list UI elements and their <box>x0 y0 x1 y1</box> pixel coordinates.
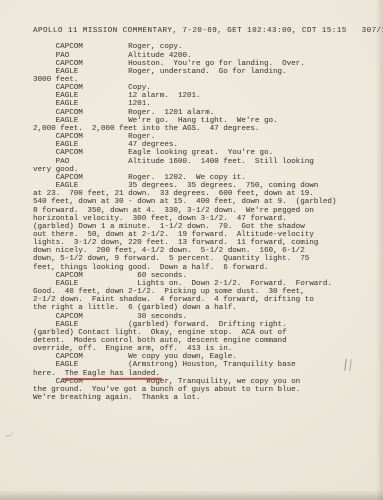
transcript-line: CAPCOM 60 seconds. <box>33 272 383 280</box>
transcript-line: 2-1/2 down. Faint shadow. 4 forward. 4 f… <box>33 296 383 304</box>
transcript-line: lights. 3-1/2 down, 220 feet. 13 forward… <box>33 239 383 247</box>
transcript-line: (garbled) Contact light. Okay, engine st… <box>33 329 383 337</box>
page-title: APOLLO 11 MISSION COMMENTARY, 7-20-69, G… <box>33 27 383 35</box>
transcript-line-text: at 23. 700 feet, 21 down. 33 degrees. 60… <box>33 190 314 198</box>
transcript-line: down, 5-1/2 down, 9 forward. 5 percent. … <box>33 255 383 263</box>
transcript-line: EAGLE 1201. <box>33 100 383 108</box>
transcript-line: EAGLE (garbled) forward. Drifting right. <box>33 321 383 329</box>
transcript-line: EAGLE 12 alarm. 1201. <box>33 92 383 100</box>
transcript-line-text: CAPCOM 30 seconds. <box>33 313 187 321</box>
transcript-line: the ground. You've got a bunch of guys a… <box>33 386 383 394</box>
transcript-line-text: down nicely. 200 feet, 4-1/2 down. 5-1/2… <box>33 247 305 255</box>
transcript-line: We're breathing again. Thanks a lot. <box>33 394 383 402</box>
transcript-line: here. The Eagle has landed. <box>33 370 383 378</box>
transcript-line: 8 forward. 350, down at 4. 330, 3-1/2 do… <box>33 207 383 215</box>
transcript-line: detent. Modes control both auto, descent… <box>33 337 383 345</box>
transcript-line: at 23. 700 feet, 21 down. 33 degrees. 60… <box>33 190 383 198</box>
transcript-line: EAGLE 47 degrees. <box>33 141 383 149</box>
transcript-line: 3000 feet. <box>33 76 383 84</box>
transcript-line: feet, things looking good. Down a half. … <box>33 264 383 272</box>
transcript-line-text: CAPCOM Roger. 1202. We copy it. <box>33 174 246 182</box>
transcript-line-text: very good. <box>33 166 78 174</box>
transcript-line-text: out there. 50, down at 2-1/2. 19 forward… <box>33 231 314 239</box>
transcript-line-text: feet, things looking good. Down a half. … <box>33 264 269 272</box>
transcript-line: CAPCOM Copy. <box>33 84 383 92</box>
transcript-line: EAGLE Roger, understand. Go for landing. <box>33 68 383 76</box>
transcript-line-text: (garbled) Down 1 a minute. 1-1/2 down. 7… <box>33 223 305 231</box>
transcript-line: down nicely. 200 feet, 4-1/2 down. 5-1/2… <box>33 247 383 255</box>
transcript-line-text: Good. 40 feet, down 2-1/2. Picking up so… <box>33 288 305 296</box>
transcript-line: 2,000 feet. 2,000 feet into the AGS. 47 … <box>33 125 383 133</box>
transcript-line-text: lights. 3-1/2 down, 220 feet. 13 forward… <box>33 239 318 247</box>
eagle-has-landed-underlined-text: The Eagle has landed. <box>65 370 160 378</box>
transcript-line-text: 2-1/2 down. Faint shadow. 4 forward. 4 f… <box>33 296 314 304</box>
transcript-line-text: CAPCOM 60 seconds. <box>33 272 187 280</box>
transcript-line-text: EAGLE 12 alarm. 1201. <box>33 92 201 100</box>
transcript-line: Good. 40 feet, down 2-1/2. Picking up so… <box>33 288 383 296</box>
transcript-line-text: down, 5-1/2 down, 9 forward. 5 percent. … <box>33 255 309 263</box>
transcript-line-text: (garbled) Contact light. Okay, engine st… <box>33 329 287 337</box>
transcript-line: EAGLE (Armstrong) Houston, Tranquility b… <box>33 361 383 369</box>
transcript-line-text: CAPCOM Roger. <box>33 133 155 141</box>
transcript-line: PAO Altitude 4200. <box>33 52 383 60</box>
transcript-line-text: EAGLE Lights on. Down 2-1/2. Forward. Fo… <box>33 280 332 288</box>
transcript-line: very good. <box>33 166 383 174</box>
transcript-line-text: 540 feet, down at 30 - down at 15. 400 f… <box>33 198 336 206</box>
transcript-line: CAPCOM Roger. <box>33 133 383 141</box>
transcript-line-text: CAPCOM We copy you down, Eagle. <box>33 353 237 361</box>
corner-smudge-mark <box>5 428 14 437</box>
transcript-line: EAGLE 35 degrees. 35 degrees. 750, comin… <box>33 182 383 190</box>
transcript-line-text: the ground. You've got a bunch of guys a… <box>33 386 300 394</box>
transcript-line-text: detent. Modes control both auto, descent… <box>33 337 287 345</box>
transcript-line-text: override, off. Engine arm, off. 413 is i… <box>33 345 232 353</box>
transcript-line: EAGLE Lights on. Down 2-1/2. Forward. Fo… <box>33 280 383 288</box>
transcript-line-text: PAO Altitude 1600. 1400 feet. Still look… <box>33 158 314 166</box>
transcript-line: CAPCOM Roger, copy. <box>33 43 383 51</box>
transcript-line-text: EAGLE 1201. <box>33 100 151 108</box>
transcript-line-text: CAPCOM Eagle looking great. You're go. <box>33 149 273 157</box>
transcript-line: PAO Altitude 1600. 1400 feet. Still look… <box>33 158 383 166</box>
transcript-line: CAPCOM Roger. 1201 alarm. <box>33 109 383 117</box>
transcript-line-text: We're breathing again. Thanks a lot. <box>33 394 201 402</box>
transcript-line-text: the right a little. 6 (garbled) down a h… <box>33 304 237 312</box>
transcript-line-text: EAGLE (Armstrong) Houston, Tranquility b… <box>33 361 296 369</box>
transcript-line-text: EAGLE Roger, understand. Go for landing. <box>33 68 287 76</box>
transcript-line: 540 feet, down at 30 - down at 15. 400 f… <box>33 198 383 206</box>
transcript-line: horizontal velocity. 300 feet, down 3-1/… <box>33 215 383 223</box>
transcript-line-text: EAGLE 35 degrees. 35 degrees. 750, comin… <box>33 182 318 190</box>
transcript-line-text: here. <box>33 370 65 378</box>
transcript-line-text: EAGLE We're go. Hang tight. We're go. <box>33 117 278 125</box>
transcript-line: CAPCOM We copy you down, Eagle. <box>33 353 383 361</box>
transcript-line: CAPCOM Houston. You're go for landing. O… <box>33 60 383 68</box>
transcript-line-text: 8 forward. 350, down at 4. 330, 3-1/2 do… <box>33 207 314 215</box>
transcript-line-text: CAPCOM Houston. You're go for landing. O… <box>33 60 305 68</box>
transcript-line: CAPCOM Eagle looking great. You're go. <box>33 149 383 157</box>
transcript-line: override, off. Engine arm, off. 413 is i… <box>33 345 383 353</box>
transcript-line-text: EAGLE 47 degrees. <box>33 141 178 149</box>
transcript-line: the right a little. 6 (garbled) down a h… <box>33 304 383 312</box>
transcript-line-text: horizontal velocity. 300 feet, down 3-1/… <box>33 215 287 223</box>
transcript-line-text: CAPCOM Copy. <box>33 84 151 92</box>
transcript-line: EAGLE We're go. Hang tight. We're go. <box>33 117 383 125</box>
transcript-line-text: 2,000 feet. 2,000 feet into the AGS. 47 … <box>33 125 259 133</box>
document-page: APOLLO 11 MISSION COMMENTARY, 7-20-69, G… <box>0 0 383 500</box>
transcript-line: (garbled) Down 1 a minute. 1-1/2 down. 7… <box>33 223 383 231</box>
transcript-line: CAPCOM 30 seconds. <box>33 313 383 321</box>
transcript-line-text: PAO Altitude 4200. <box>33 52 192 60</box>
transcript-line-text: CAPCOM Roger, copy. <box>33 43 182 51</box>
transcript-body: CAPCOM Roger, copy. PAO Altitude 4200. C… <box>33 43 383 402</box>
transcript-line-text: EAGLE (garbled) forward. Drifting right. <box>33 321 287 329</box>
transcript-line: out there. 50, down at 2-1/2. 19 forward… <box>33 231 383 239</box>
transcript-line-text: 3000 feet. <box>33 76 78 84</box>
transcript-line: CAPCOM Roger. 1202. We copy it. <box>33 174 383 182</box>
transcript-line-text: CAPCOM Roger. 1201 alarm. <box>33 109 214 117</box>
